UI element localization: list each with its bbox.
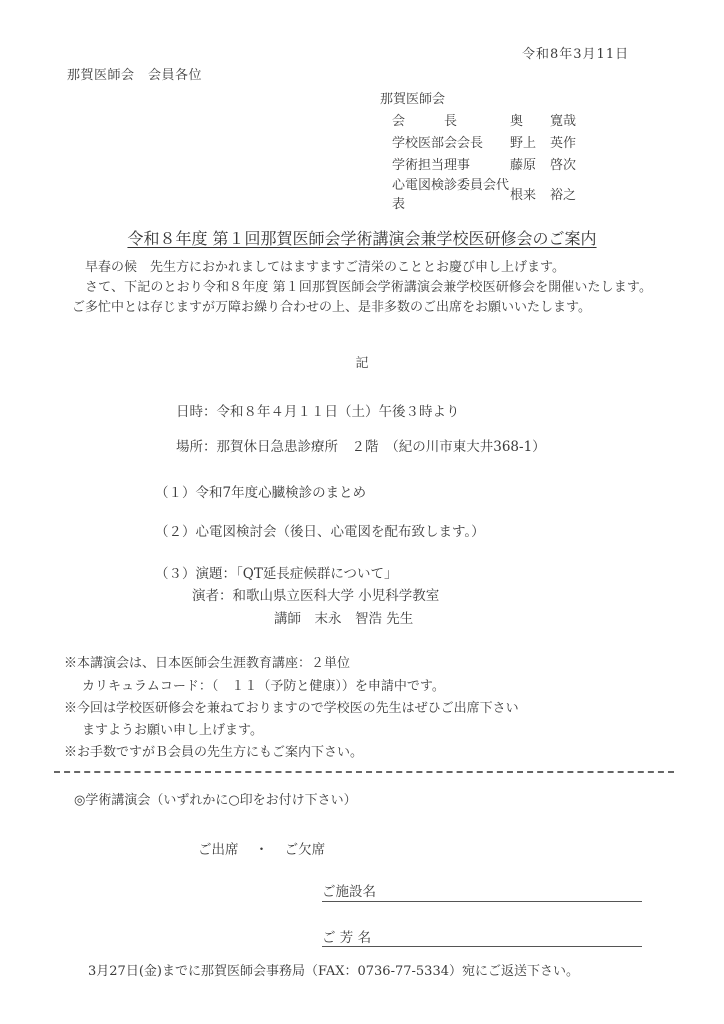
program-item: （３）演題：「QT延長症候群について」 [155,562,398,582]
signatory-family-name: 野上 [510,130,550,152]
signatory-table: 会 長 奥 寛哉 学校医部会会長 野上 英作 学術担当理事 藤原 啓次 心電図検… [392,108,576,212]
signatory-given-name: 裕之 [550,174,576,212]
greeting-paragraph: 早春の候 先生方におかれましてはますますご清栄のこととお慶び申し上げます。 [72,258,652,278]
program-item-label: （３） [155,566,196,582]
program-item: （２）心電図検討会（後日、心電図を配布致します。） [155,520,485,540]
invitation-paragraph: さて、下記のとおり令和８年度 第１回那賀医師会学術講演会兼学校医研修会を開催いた… [72,278,652,318]
speaker-name: 講師 末永 智浩 先生 [274,607,413,627]
attendee-name-field[interactable] [322,946,642,947]
program-item: （１）令和7年度心臓検診のまとめ [155,481,366,501]
signatory-role: 学術担当理事 [392,152,510,174]
note-curriculum-code: カリキュラムコード：（ １１（予防と健康））を申請中です。 [82,675,445,694]
signatory-given-name: 英作 [550,130,576,152]
body-text: 早春の候 先生方におかれましてはますますご清栄のこととお慶び申し上げます。 さて… [72,258,652,318]
note-credit: ※本講演会は、日本医師会生涯教育講座：２単位 [64,652,350,671]
speaker-affiliation: 演者：和歌山県立医科大学 小児科学教室 [192,584,439,604]
signatory-row: 学術担当理事 藤原 啓次 [392,152,576,174]
signatory-role: 学校医部会会長 [392,130,510,152]
note-school-doctor: ※今回は学校医研修会を兼ねておりますので学校医の先生はぜひご出席下さい [64,697,519,716]
signatory-family-name: 奥 [510,108,550,130]
program-item-text: 演題：「QT延長症候群について」 [196,566,398,582]
signatory-row: 会 長 奥 寛哉 [392,108,576,130]
event-datetime: 日時：令和８年４月１１日（土）午後３時より [176,400,460,420]
program-item-label: （２） [155,524,196,540]
signatory-given-name: 寛哉 [550,108,576,130]
option-separator: ・ [255,842,269,858]
signatory-given-name: 啓次 [550,152,576,174]
facility-name-label: ご施設名 [322,880,376,900]
reply-form-heading: ◎学術講演会（いずれかに○印をお付け下さい） [74,789,357,808]
program-item-text: 令和7年度心臓検診のまとめ [196,485,367,501]
signatory-role: 心電図検診委員会代表 [392,174,510,212]
attendance-options: ご出席 ・ ご欠席 [198,838,325,858]
ki-heading: 記 [0,352,724,371]
document-title: 令和８年度 第１回那賀医師会学術講演会兼学校医研修会のご案内 [0,226,724,249]
note-b-members: ※お手数ですがＢ会員の先生方にもご案内下さい。 [64,741,363,760]
option-attend[interactable]: ご出席 [198,842,239,858]
facility-name-field[interactable] [322,901,642,902]
cut-line-divider [54,771,674,773]
program-item-text: 心電図検討会（後日、心電図を配布致します。） [196,524,485,540]
option-absent[interactable]: ご欠席 [285,842,326,858]
signatory-family-name: 根来 [510,174,550,212]
note-school-doctor-cont: ますようお願い申し上げます。 [82,719,263,738]
event-place: 場所：那賀休日急患診療所 ２階 （紀の川市東大井368-1） [176,435,546,455]
addressee: 那賀医師会 会員各位 [67,64,202,83]
signatory-row: 学校医部会会長 野上 英作 [392,130,576,152]
signatory-family-name: 藤原 [510,152,550,174]
signatory-row: 心電図検診委員会代表 根来 裕之 [392,174,576,212]
attendee-name-label: ご 芳 名 [322,926,371,946]
return-instructions: 3月27日(金)までに那賀医師会事務局（FAX：0736-77-5334）宛にご… [88,960,579,979]
sender-organization: 那賀医師会 [380,88,445,107]
issue-date: 令和8年3月11日 [522,43,629,62]
program-item-label: （１） [155,485,196,501]
signatory-role: 会 長 [392,108,510,130]
